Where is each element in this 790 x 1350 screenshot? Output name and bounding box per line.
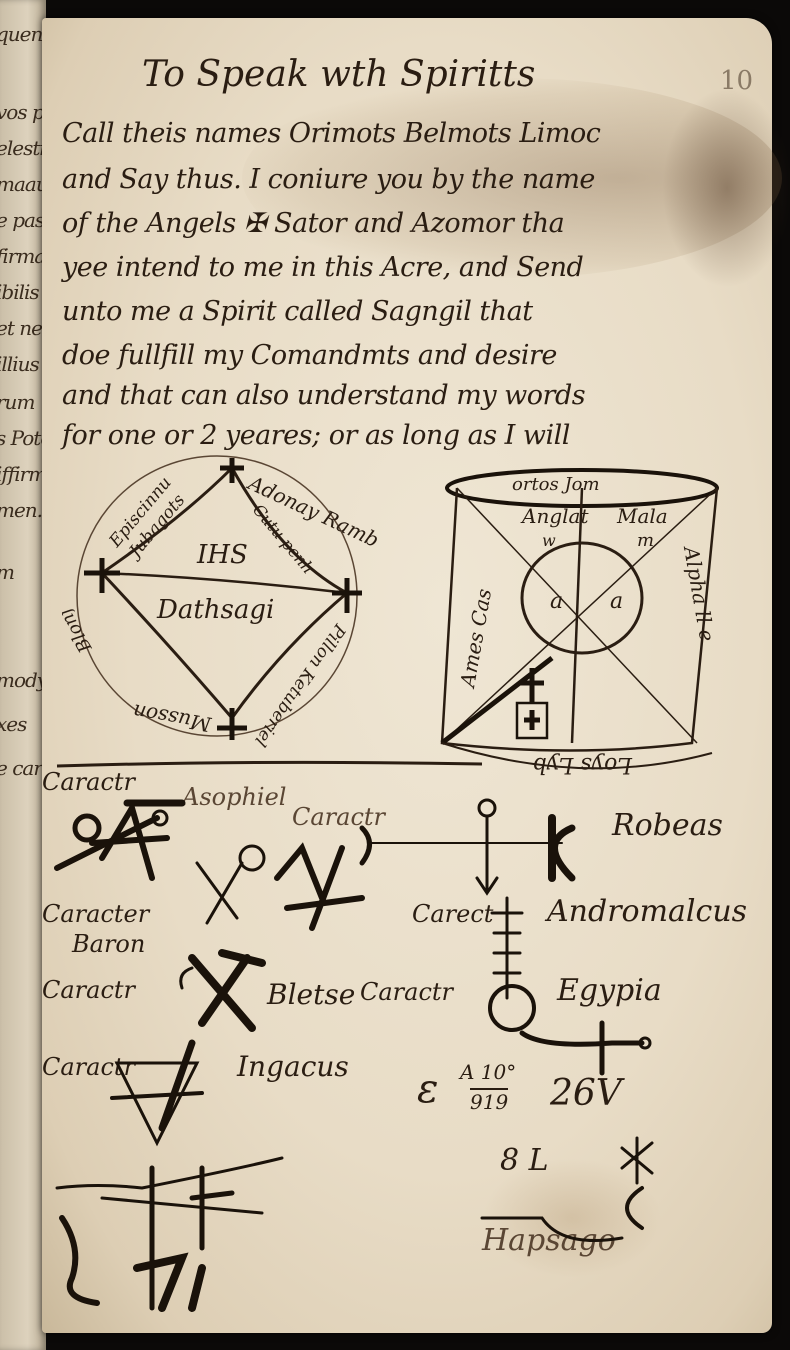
seal-border-bottom-left: Musson xyxy=(131,699,214,736)
text-line: doe fullfill my Comandmts and desire xyxy=(62,340,557,371)
cylinder-bottom: Loys Lyb xyxy=(533,752,633,777)
cylinder-oval-right: a xyxy=(610,589,623,614)
text-line: and that can also understand my words xyxy=(62,380,585,411)
text-line: unto me a Spirit called Sagngil that xyxy=(62,296,533,327)
left-page-fragment: maau xyxy=(0,172,48,196)
text-line: Call theis names Orimots Belmots Limoc xyxy=(62,118,600,149)
left-page-fragment: mody xyxy=(0,668,47,692)
seal-center-bottom: Dathsagi xyxy=(156,595,274,625)
left-page-fragment: ibilis xyxy=(0,280,39,304)
cylinder-upper-right: Mala xyxy=(616,504,668,528)
cylinder-top-rim: ortos Jom xyxy=(512,474,600,495)
left-page-fragment: m xyxy=(0,560,14,584)
left-page-fragment: illius xyxy=(0,352,39,376)
cylinder-upper-left: Anglat xyxy=(520,504,589,528)
seal-border-left: Blonf xyxy=(62,601,97,657)
folio-number: 10 xyxy=(720,66,753,96)
text-line: and Say thus. I coniure you by the name xyxy=(62,164,595,195)
left-page-fragment: men. xyxy=(0,498,42,522)
left-page-fragment: rum xyxy=(0,390,34,414)
page-title: To Speak wth Spiritts xyxy=(142,54,535,95)
seal-center-top: IHS xyxy=(196,540,248,570)
cylinder-oval-left: a xyxy=(550,589,563,614)
cylinder-upper-left-mark: w xyxy=(542,531,556,550)
cylinder-right-side: Alpha ll e xyxy=(679,543,720,643)
sigil-drawings xyxy=(42,788,762,1328)
left-page-fragment: iffirm xyxy=(0,462,46,486)
circular-seal-diagram: IHS Dathsagi Adonay Ramb Episcinnu Jubag… xyxy=(62,448,382,748)
text-line: of the Angels ✠ Sator and Azomor tha xyxy=(62,208,564,239)
cylinder-seal-diagram: ortos Jom Anglat Mala w m a a Ames Cas A… xyxy=(432,458,742,788)
text-line: for one or 2 yeares; or as long as I wil… xyxy=(62,420,570,451)
cylinder-left-side: Ames Cas xyxy=(455,587,496,691)
manuscript-page: 10 To Speak wth Spiritts Call theis name… xyxy=(42,18,772,1333)
text-line: yee intend to me in this Acre, and Send xyxy=(62,252,583,283)
left-page-fragment: vos p xyxy=(0,100,44,124)
ink-stain xyxy=(662,88,790,288)
cylinder-upper-right-mark: m xyxy=(637,530,654,551)
left-facing-page-edge: quentia vos p elestia maau e passi firma… xyxy=(0,0,46,1350)
left-page-fragment: xes xyxy=(0,712,26,736)
